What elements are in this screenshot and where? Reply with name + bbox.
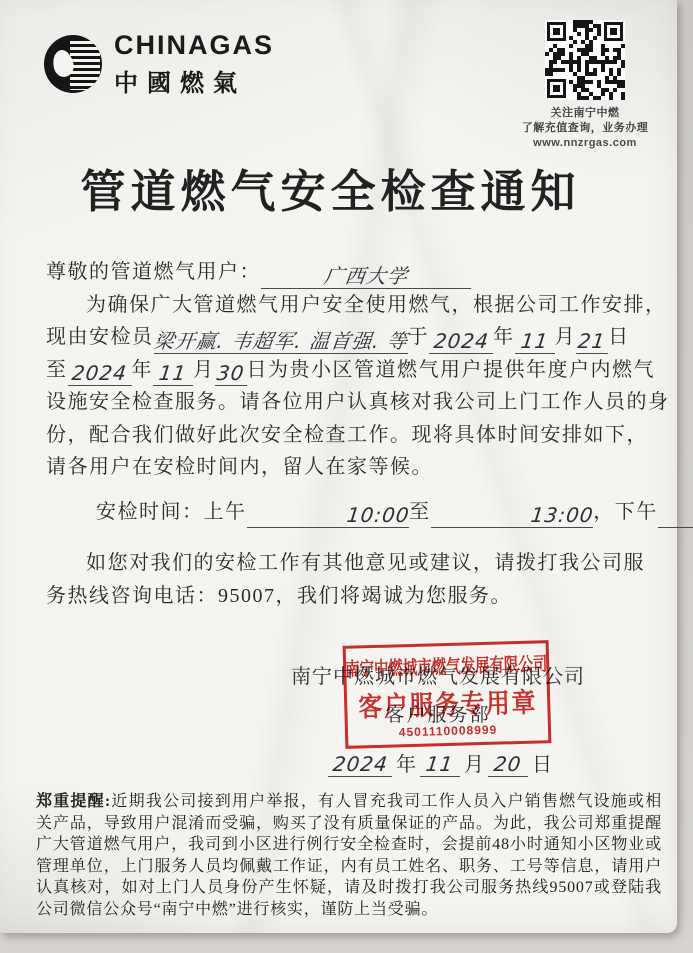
body-line-6: 务热线咨询电话：95007，我们将竭诚为您服务。 <box>46 580 650 613</box>
document-title: 管道燃气安全检查通知 <box>0 155 661 220</box>
qr-finder-icon <box>547 22 566 41</box>
am-end-handwritten: 13:00 <box>431 503 594 528</box>
body-line-5: 如您对我们的安检工作有其他意见或建议，请拨打我公司服 <box>46 547 650 580</box>
unit-day: 日 <box>532 754 552 776</box>
start-year-handwritten: 2024 <box>429 329 493 354</box>
stamp-company-name: 南宁中燃城市燃气发展有限公司 <box>345 649 548 682</box>
unit-month: 月 <box>464 754 484 776</box>
brand-name-zh: 中國燃氣 <box>114 63 274 98</box>
sign-day-handwritten: 20 <box>488 752 528 777</box>
greeting-label: 尊敬的管道燃气用户： <box>46 261 261 283</box>
chinagas-logo: CHINAGAS 中國燃氣 <box>44 30 274 98</box>
qr-finder-icon <box>604 22 623 41</box>
qr-website: www.nnzrgas.com <box>521 136 649 151</box>
schedule-am-label: 上午 <box>204 501 247 523</box>
am-start-handwritten: 10:00 <box>247 503 410 528</box>
brand-name-en: CHINAGAS <box>114 30 274 61</box>
body-line-inspectors: 现由安检员梁开赢. 韦超军. 温首强. 等于2024年11月21日 <box>46 321 650 354</box>
body-line-2: 设施安全检查服务。请各位用户认真核对我公司上门工作人员的身 <box>46 386 650 419</box>
sign-month-handwritten: 11 <box>420 752 460 777</box>
unit-day: 日 <box>608 326 630 348</box>
warning-label: 郑重提醒: <box>36 793 111 810</box>
qr-block: 关注南宁中燃 了解充值查询，业务办理 www.nnzrgas.com <box>521 20 649 151</box>
body-line-until-rest: 日为贵小区管道燃气用户提供年度户内燃气 <box>247 359 656 381</box>
inspector-prefix: 现由安检员 <box>46 326 154 348</box>
start-month-handwritten: 11 <box>515 329 555 354</box>
start-day-handwritten: 21 <box>576 329 608 354</box>
notice-body: 尊敬的管道燃气用户：广西大学 为确保广大管道燃气用户安全使用燃气，根据公司工作安… <box>46 256 650 612</box>
company-stamp: 南宁中燃城市燃气发展有限公司 客户服务专用章 4501110008999 <box>343 640 552 749</box>
text-to: 至 <box>409 501 431 523</box>
body-line-4: 请各用户在安检时间内，留人在家等候。 <box>46 451 650 484</box>
inspector-names-handwritten: 梁开赢. 韦超军. 温首强. 等 <box>154 329 408 354</box>
body-line-until: 至2024年11月30日为贵小区管道燃气用户提供年度户内燃气 <box>46 354 650 387</box>
schedule-pm-label: ，下午 <box>593 501 658 523</box>
unit-year: 年 <box>396 754 416 776</box>
document-page: CHINAGAS 中國燃氣 关注南宁中燃 了解充值查询，业务办理 www.nnz… <box>0 0 677 933</box>
stamp-seal-title: 客户服务专用章 <box>357 680 537 724</box>
warning-paragraph: 郑重提醒:近期我公司接到用户举报，有人冒充我司工作人员入户销售燃气设施或相关产品… <box>36 791 662 920</box>
schedule-label: 安检时间： <box>96 501 204 523</box>
brand-text: CHINAGAS 中國燃氣 <box>114 30 274 98</box>
end-day-handwritten: 30 <box>215 361 247 386</box>
end-month-handwritten: 11 <box>153 361 193 386</box>
body-line-1: 为确保广大管道燃气用户安全使用燃气，根据公司工作安排， <box>46 289 650 322</box>
sign-year-handwritten: 2024 <box>328 752 392 777</box>
unit-month: 月 <box>555 326 577 348</box>
body-line-3: 份，配合我们做好此次安全检查工作。现将具体时间安排如下， <box>46 419 650 452</box>
end-year-handwritten: 2024 <box>68 361 132 386</box>
customer-name-handwritten: 广西大学 <box>261 264 471 289</box>
pm-start-handwritten: 16:00 <box>658 503 693 528</box>
greeting-line: 尊敬的管道燃气用户：广西大学 <box>46 256 650 289</box>
qr-finder-icon <box>547 79 566 98</box>
chinagas-logo-icon <box>44 35 102 93</box>
text-yu: 于 <box>408 326 430 348</box>
qr-caption-1: 关注南宁中燃 <box>521 106 649 121</box>
qr-code-icon <box>545 20 625 100</box>
schedule-line: 安检时间：上午10:00至13:00，下午16:00至21:00 <box>46 496 650 529</box>
stamp-number: 4501110008999 <box>399 722 498 739</box>
qr-caption-2: 了解充值查询，业务办理 <box>521 121 649 136</box>
unit-year: 年 <box>493 326 515 348</box>
unit-year: 年 <box>132 359 154 381</box>
text-zhi: 至 <box>46 359 68 381</box>
signature-block: 南宁中燃城市燃气发展有限公司 客户服务部 2024年11月20日 南宁中燃城市燃… <box>252 660 624 777</box>
warning-text: 近期我公司接到用户举报，有人冒充我司工作人员入户销售燃气设施或相关产品，导致用户… <box>36 793 662 918</box>
unit-month: 月 <box>193 359 215 381</box>
signature-date: 2024年11月20日 <box>252 748 624 777</box>
